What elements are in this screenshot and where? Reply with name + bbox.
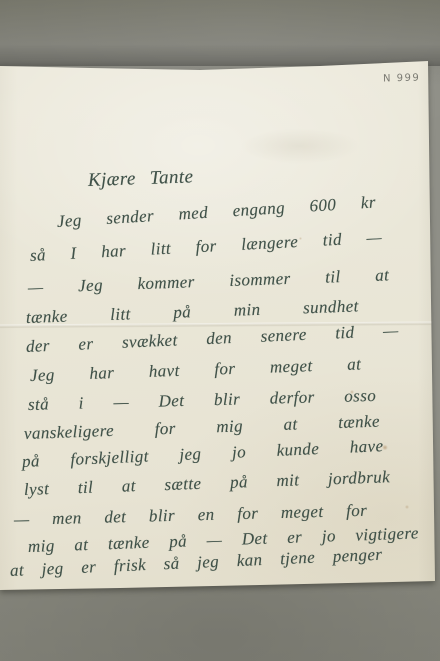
- paper-smudge: [240, 128, 360, 164]
- letter-line-7: stå i — Det blir derfor osso: [28, 386, 377, 415]
- greeting-line: Kjære Tante: [88, 166, 194, 192]
- foxing-spot: [405, 505, 409, 509]
- letter-line-6: Jeg har havt for meget at: [30, 354, 362, 386]
- photograph-of-letter: N 999 Kjære Tante Jeg sender med engang …: [0, 0, 440, 661]
- paper-wrapper: N 999 Kjære Tante Jeg sender med engang …: [0, 0, 440, 661]
- letter-line-3: — Jeg kommer isommer til at: [28, 265, 390, 298]
- letter-line-11: — men det blir en for meget for: [14, 501, 368, 530]
- letter-line-10: lyst til at sætte på mit jordbruk: [24, 467, 391, 500]
- letter-paper: N 999 Kjære Tante Jeg sender med engang …: [0, 0, 440, 661]
- letter-line-2: så I har litt for længere tid —: [29, 228, 382, 266]
- catalog-number: N 999: [383, 73, 421, 85]
- letter-line-1: Jeg sender med engang 600 kr: [56, 193, 376, 232]
